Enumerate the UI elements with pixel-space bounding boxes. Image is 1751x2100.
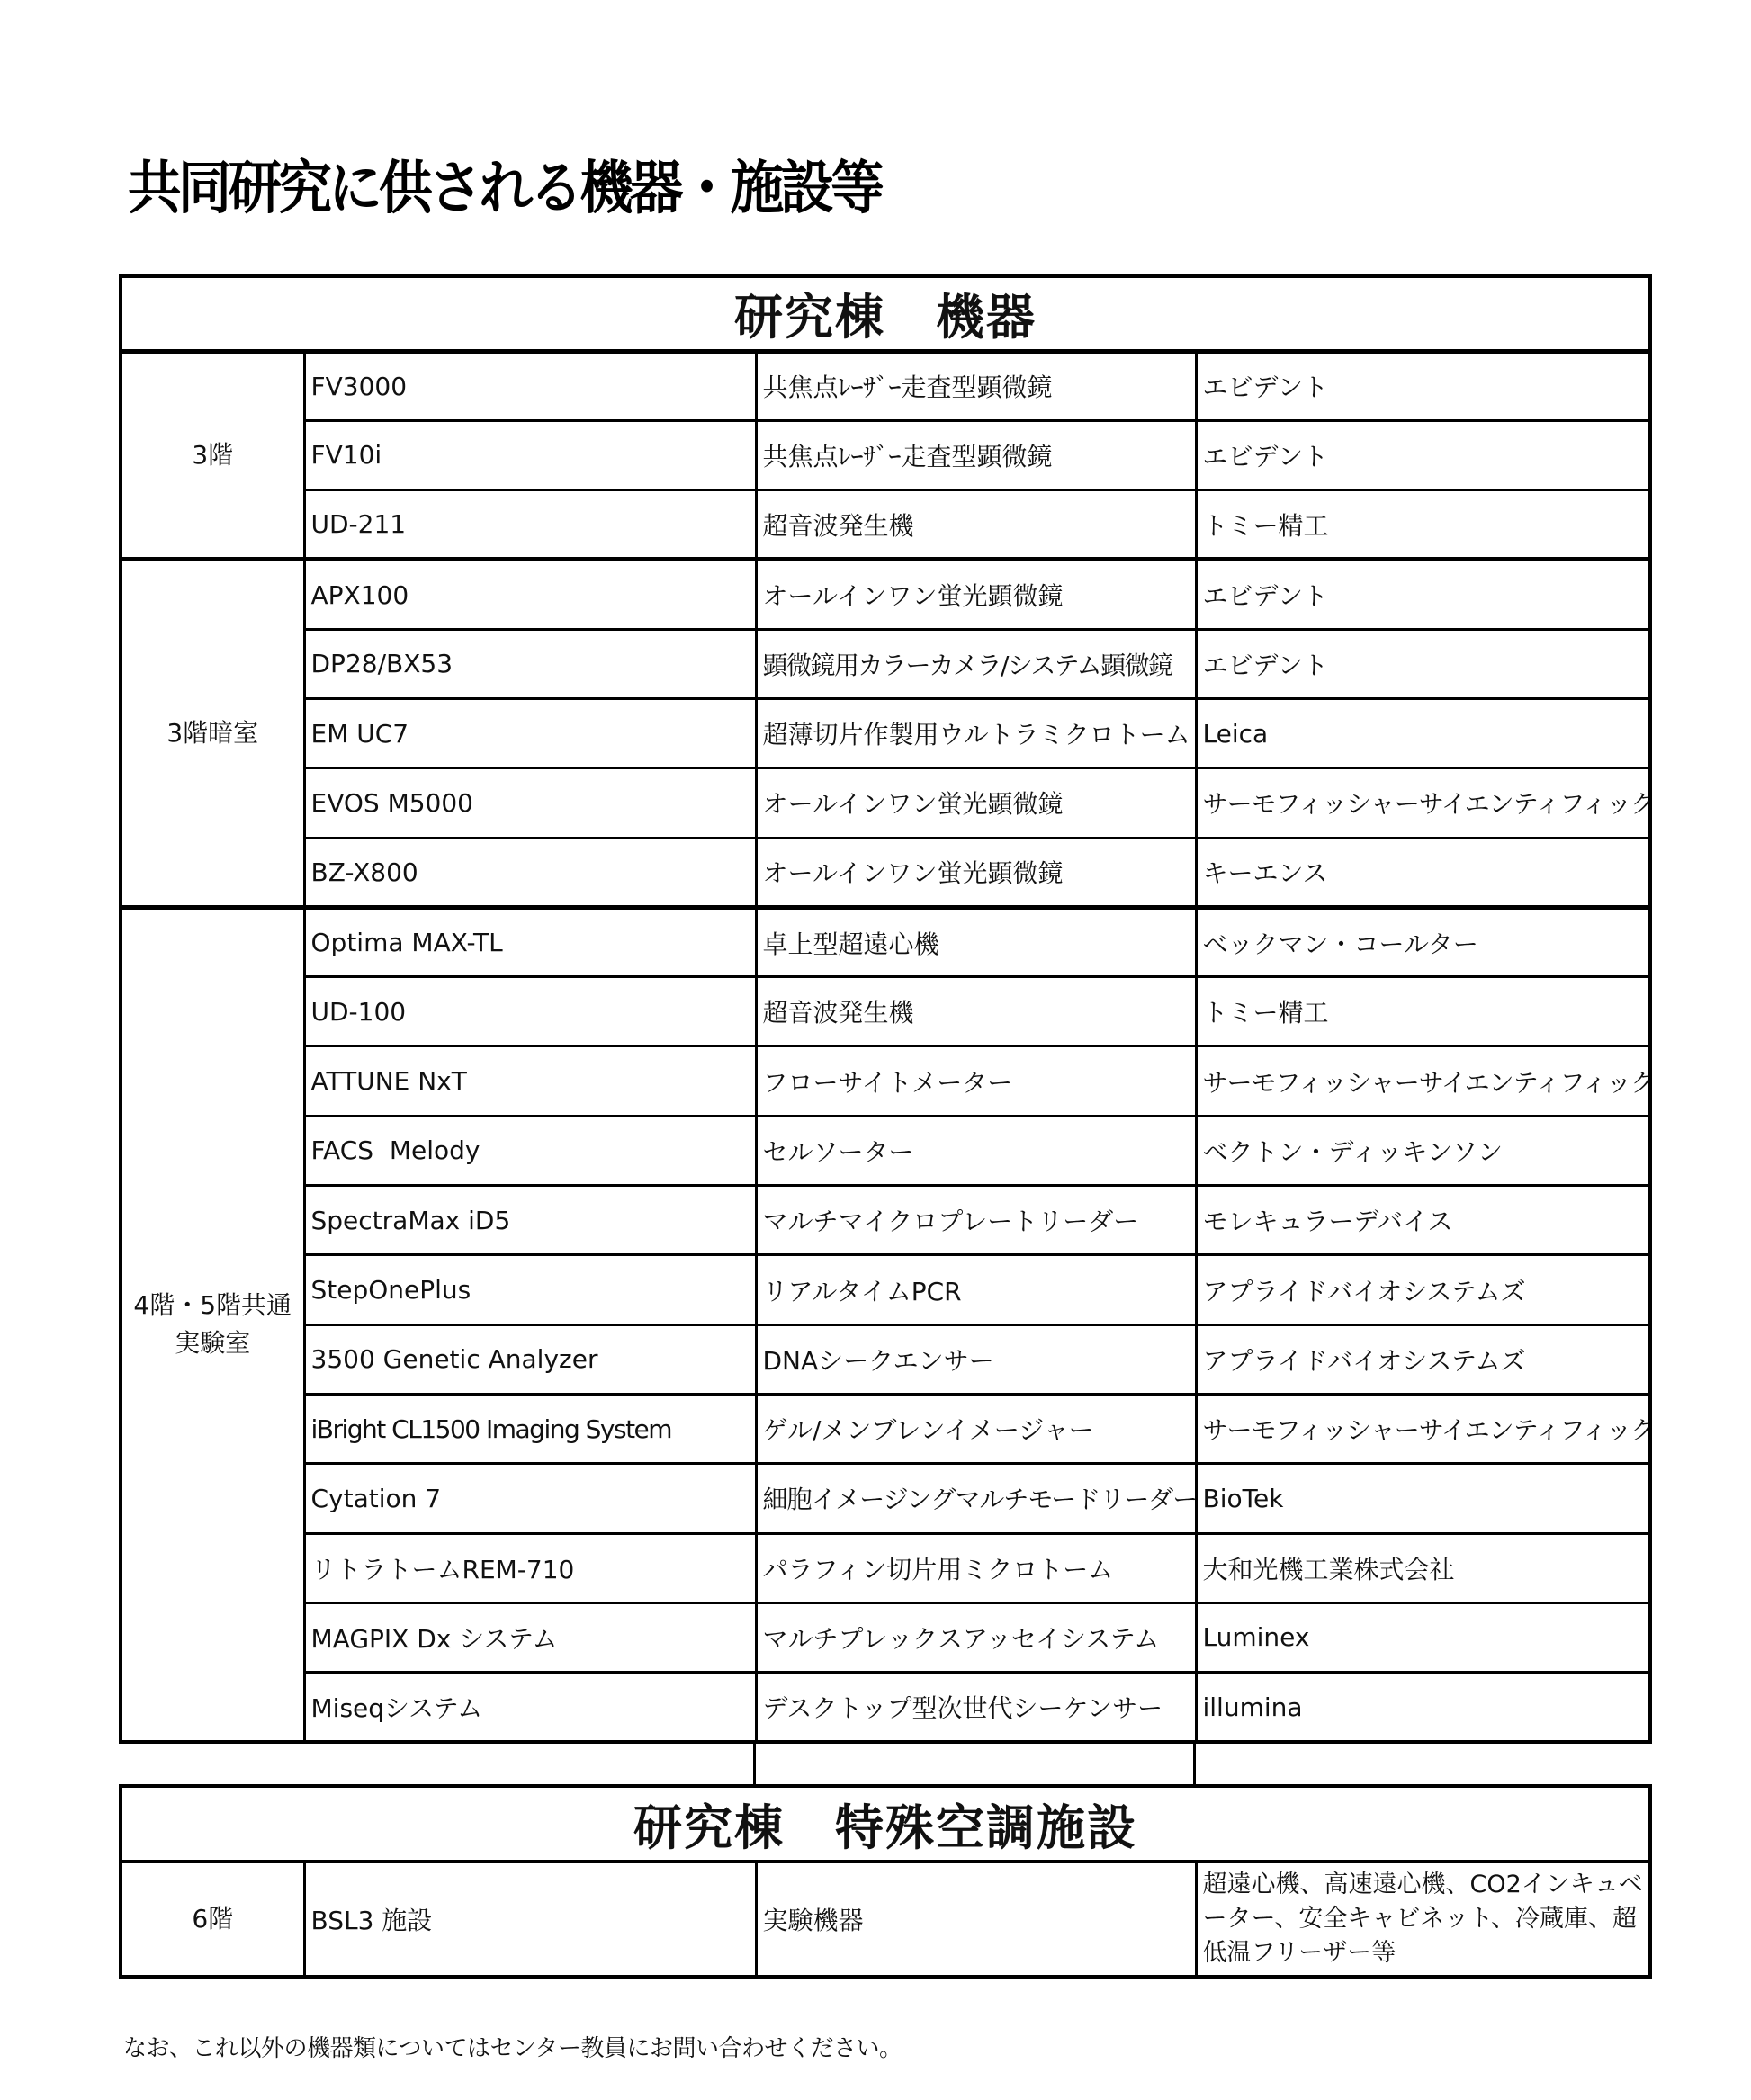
type-cell: 共焦点ﾚｰｻﾞｰ走査型顕微鏡 [756, 420, 1196, 489]
page-title: 共同研究に供される機器・施設等 [128, 153, 881, 225]
model-cell: UD-211 [304, 490, 756, 560]
table-row: Miseqシステム デスクトップ型次世代シーケンサー illumina [121, 1673, 1650, 1742]
table-row: 6階 BSL3 施設 実験機器 超遠心機、高速遠心機、CO2インキュベーター、安… [121, 1862, 1650, 1977]
type-cell: オールインワン蛍光顕微鏡 [756, 560, 1196, 629]
maker-cell: ベックマン・コールター [1196, 907, 1650, 976]
maker-cell: モレキュラーデバイス [1196, 1186, 1650, 1255]
table-row: 4階・5階共通 実験室 Optima MAX-TL 卓上型超遠心機 ベックマン・… [121, 907, 1650, 976]
table-row: EVOS M5000 オールインワン蛍光顕微鏡 サーモフィッシャーサイエンティフ… [121, 768, 1650, 838]
type-cell: ゲル/メンブレンイメージャー [756, 1394, 1196, 1463]
floor-label: 3階 [121, 351, 304, 560]
model-cell: 3500 Genetic Analyzer [304, 1324, 756, 1394]
maker-cell: エビデント [1196, 560, 1650, 629]
model-cell: iBright CL1500 Imaging System [304, 1394, 756, 1463]
type-cell: 超音波発生機 [756, 977, 1196, 1046]
type-cell: DNAシークエンサー [756, 1324, 1196, 1394]
category-cell: 実験機器 [756, 1862, 1196, 1977]
model-cell: FV10i [304, 420, 756, 489]
model-cell: ATTUNE NxT [304, 1046, 756, 1116]
table-row: EM UC7 超薄切片作製用ウルトラミクロトーム Leica [121, 698, 1650, 767]
maker-cell: サーモフィッシャーサイエンティフィック [1196, 1394, 1650, 1463]
model-cell: FACS Melody [304, 1116, 756, 1185]
table-row: ATTUNE NxT フローサイトメーター サーモフィッシャーサイエンティフィッ… [121, 1046, 1650, 1116]
table-row: SpectraMax iD5 マルチマイクロプレートリーダー モレキュラーデバイ… [121, 1186, 1650, 1255]
model-cell: UD-100 [304, 977, 756, 1046]
model-cell: MAGPIX Dx システム [304, 1602, 756, 1672]
floor-label: 6階 [121, 1862, 304, 1977]
table-row: StepOnePlus リアルタイムPCR アプライドバイオシステムズ [121, 1255, 1650, 1324]
model-cell: Optima MAX-TL [304, 907, 756, 976]
floor-label: 4階・5階共通 実験室 [121, 907, 304, 1742]
equipment-section-header: 研究棟 機器 [121, 276, 1650, 351]
type-cell: 細胞イメージングマルチモードリーダー [756, 1464, 1196, 1533]
type-cell: 共焦点ﾚｰｻﾞｰ走査型顕微鏡 [756, 351, 1196, 420]
table-row: FV10i 共焦点ﾚｰｻﾞｰ走査型顕微鏡 エビデント [121, 420, 1650, 489]
floor-label-line2: 実験室 [175, 1328, 250, 1358]
table-row: BZ-X800 オールインワン蛍光顕微鏡 キーエンス [121, 838, 1650, 907]
maker-cell: サーモフィッシャーサイエンティフィック [1196, 768, 1650, 838]
table-row: リトラトームREM-710 パラフィン切片用ミクロトーム 大和光機工業株式会社 [121, 1533, 1650, 1602]
type-cell: 超薄切片作製用ウルトラミクロトーム [756, 698, 1196, 767]
footer-note: なお、これ以外の機器類についてはセンター教員にお問い合わせください。 [123, 2030, 902, 2063]
type-cell: 卓上型超遠心機 [756, 907, 1196, 976]
maker-cell: サーモフィッシャーサイエンティフィック [1196, 1046, 1650, 1116]
table-row: UD-211 超音波発生機 トミー精工 [121, 490, 1650, 560]
floor-label: 3階暗室 [121, 560, 304, 907]
maker-cell: エビデント [1196, 629, 1650, 698]
equipment-table: 研究棟 機器 3階 FV3000 共焦点ﾚｰｻﾞｰ走査型顕微鏡 エビデント FV… [119, 274, 1652, 1744]
table-row: FACS Melody セルソーター ベクトン・ディッキンソン [121, 1116, 1650, 1185]
maker-cell: アプライドバイオシステムズ [1196, 1324, 1650, 1394]
type-cell: 顕微鏡用カラーカメラ/システム顕微鏡 [756, 629, 1196, 698]
gap-divider-line [753, 1740, 756, 1785]
type-cell: セルソーター [756, 1116, 1196, 1185]
table-row: 3500 Genetic Analyzer DNAシークエンサー アプライドバイ… [121, 1324, 1650, 1394]
model-cell: APX100 [304, 560, 756, 629]
table-row: Cytation 7 細胞イメージングマルチモードリーダー BioTek [121, 1464, 1650, 1533]
maker-cell: トミー精工 [1196, 490, 1650, 560]
maker-cell: アプライドバイオシステムズ [1196, 1255, 1650, 1324]
maker-cell: トミー精工 [1196, 977, 1650, 1046]
facility-table: 研究棟 特殊空調施設 6階 BSL3 施設 実験機器 超遠心機、高速遠心機、CO… [119, 1784, 1652, 1979]
maker-cell: illumina [1196, 1673, 1650, 1742]
table-row: 3階 FV3000 共焦点ﾚｰｻﾞｰ走査型顕微鏡 エビデント [121, 351, 1650, 420]
model-cell: StepOnePlus [304, 1255, 756, 1324]
model-cell: SpectraMax iD5 [304, 1186, 756, 1255]
type-cell: オールインワン蛍光顕微鏡 [756, 838, 1196, 907]
type-cell: マルチプレックスアッセイシステム [756, 1602, 1196, 1672]
model-cell: DP28/BX53 [304, 629, 756, 698]
contents-cell: 超遠心機、高速遠心機、CO2インキュベーター、安全キャビネット、冷蔵庫、超低温フ… [1196, 1862, 1650, 1977]
type-cell: デスクトップ型次世代シーケンサー [756, 1673, 1196, 1742]
facility-section-header: 研究棟 特殊空調施設 [121, 1786, 1650, 1862]
type-cell: 超音波発生機 [756, 490, 1196, 560]
model-cell: リトラトームREM-710 [304, 1533, 756, 1602]
type-cell: リアルタイムPCR [756, 1255, 1196, 1324]
maker-cell: BioTek [1196, 1464, 1650, 1533]
type-cell: フローサイトメーター [756, 1046, 1196, 1116]
type-cell: マルチマイクロプレートリーダー [756, 1186, 1196, 1255]
maker-cell: エビデント [1196, 420, 1650, 489]
maker-cell: ベクトン・ディッキンソン [1196, 1116, 1650, 1185]
maker-cell: Leica [1196, 698, 1650, 767]
type-cell: パラフィン切片用ミクロトーム [756, 1533, 1196, 1602]
floor-label-line1: 4階・5階共通 [133, 1290, 292, 1320]
maker-cell: キーエンス [1196, 838, 1650, 907]
table-row: MAGPIX Dx システム マルチプレックスアッセイシステム Luminex [121, 1602, 1650, 1672]
type-cell: オールインワン蛍光顕微鏡 [756, 768, 1196, 838]
model-cell: FV3000 [304, 351, 756, 420]
table-row: iBright CL1500 Imaging System ゲル/メンブレンイメ… [121, 1394, 1650, 1463]
table-row: DP28/BX53 顕微鏡用カラーカメラ/システム顕微鏡 エビデント [121, 629, 1650, 698]
table-row: 3階暗室 APX100 オールインワン蛍光顕微鏡 エビデント [121, 560, 1650, 629]
model-cell: EM UC7 [304, 698, 756, 767]
maker-cell: Luminex [1196, 1602, 1650, 1672]
model-cell: EVOS M5000 [304, 768, 756, 838]
model-cell: Miseqシステム [304, 1673, 756, 1742]
model-cell: Cytation 7 [304, 1464, 756, 1533]
gap-divider-line [1193, 1740, 1196, 1785]
maker-cell: 大和光機工業株式会社 [1196, 1533, 1650, 1602]
maker-cell: エビデント [1196, 351, 1650, 420]
model-cell: BZ-X800 [304, 838, 756, 907]
facility-cell: BSL3 施設 [304, 1862, 756, 1977]
table-row: UD-100 超音波発生機 トミー精工 [121, 977, 1650, 1046]
